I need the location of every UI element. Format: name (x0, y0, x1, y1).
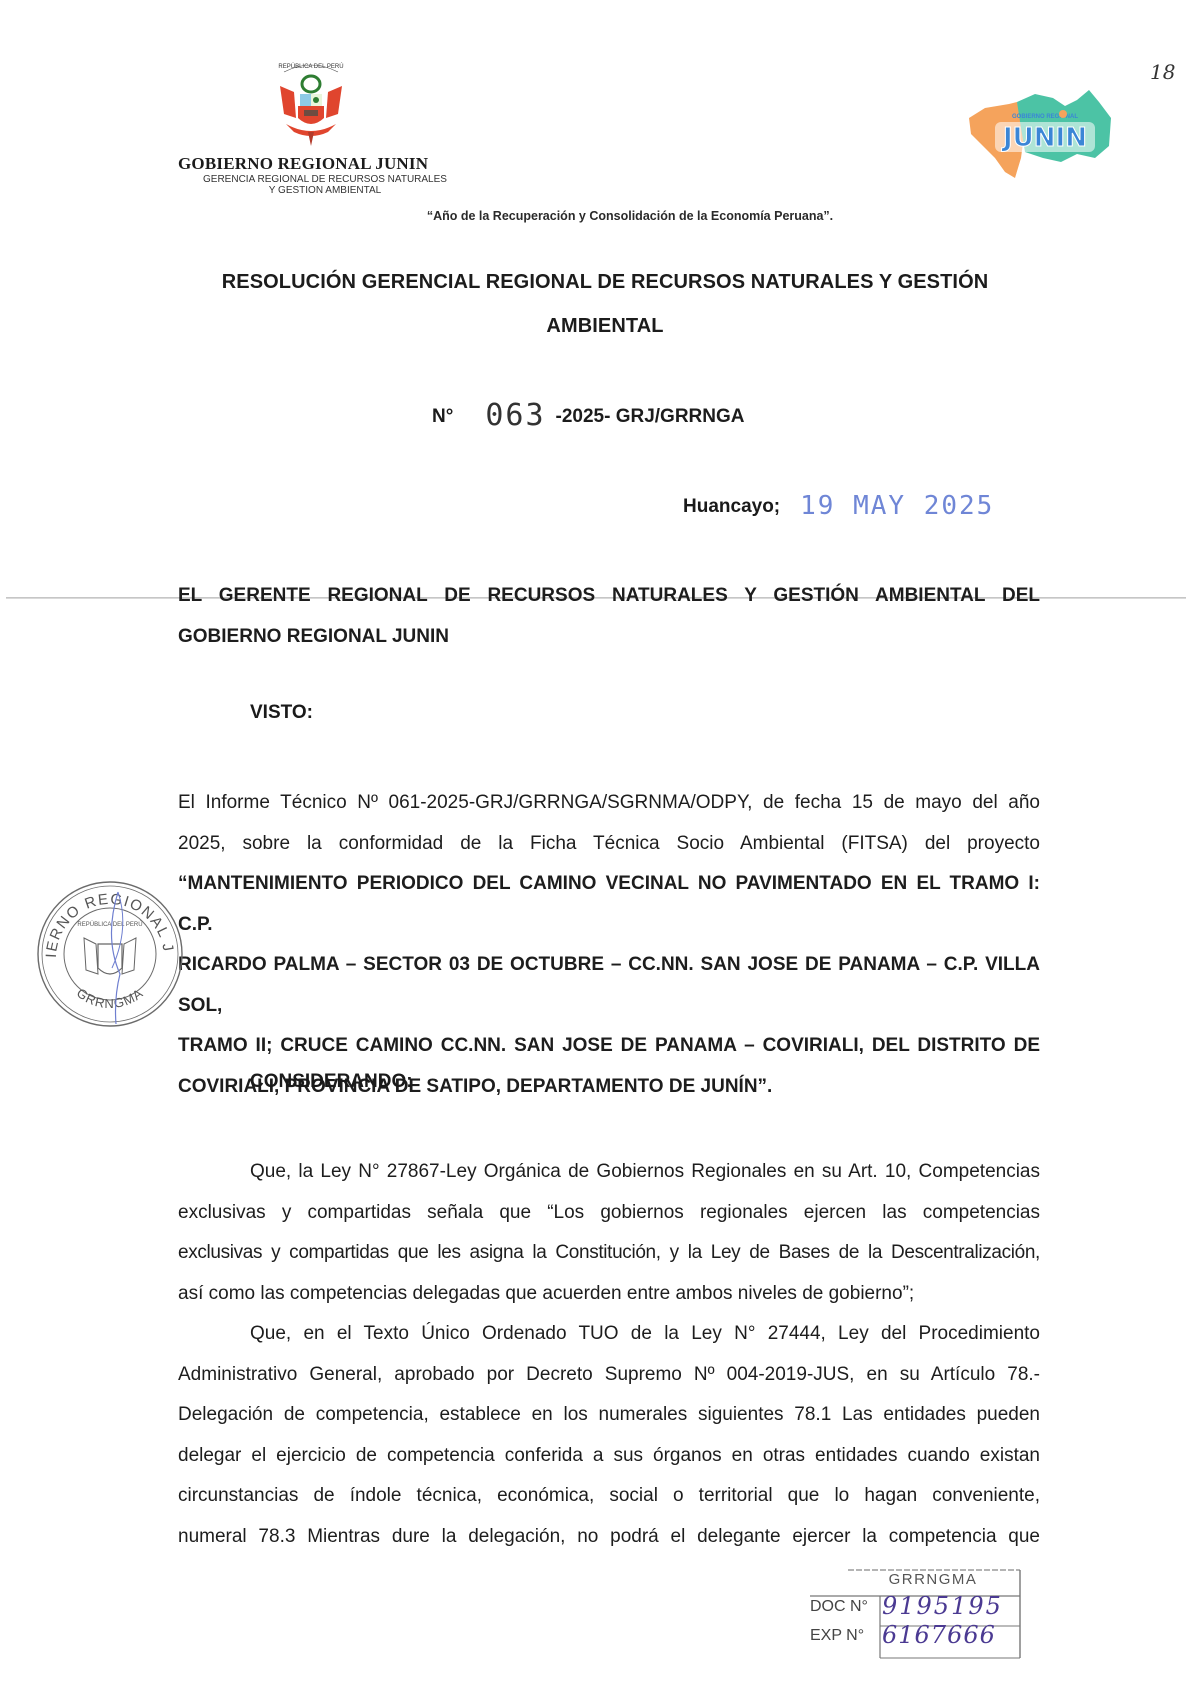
svg-text:GRRNGMA: GRRNGMA (74, 985, 146, 1011)
handwritten-folio-number: 18 (1150, 60, 1175, 84)
stamp-exp-number: 6167666 (882, 1621, 996, 1649)
stamp-title: GRRNGMA (848, 1571, 1018, 1588)
issuer-heading: EL GERENTE REGIONAL DE RECURSOS NATURALE… (178, 576, 1040, 657)
org-subtitle: GERENCIA REGIONAL DE RECURSOS NATURALES … (200, 174, 450, 196)
org-name: GOBIERNO REGIONAL JUNIN (178, 154, 428, 174)
resolution-number-value: 063 (485, 398, 545, 433)
place: Huancayo; (683, 496, 780, 517)
stamp-doc-label: DOC N° (810, 1598, 868, 1616)
considerando-paragraphs: Que, la Ley N° 27867-Ley Orgánica de Gob… (178, 1152, 1040, 1557)
resolution-title-line1: RESOLUCIÓN GERENCIAL REGIONAL DE RECURSO… (0, 271, 1190, 294)
resolution-title-line2: AMBIENTAL (0, 315, 1190, 338)
official-seal-icon: GOBIERNO REGIONAL JUNIN GRRNGMA REPÚBLIC… (34, 878, 186, 1030)
junin-region-logo: GOBIERNO REGIONAL JUNIN (965, 88, 1115, 180)
resolution-number: N°063-2025- GRJ/GRRNGA (432, 398, 745, 433)
peru-coat-of-arms-icon: REPÚBLICA DEL PERÚ (276, 58, 346, 148)
svg-text:JUNIN: JUNIN (1001, 123, 1087, 153)
date-stamp: 19 MAY 2025 (800, 491, 994, 521)
svg-text:REPÚBLICA DEL PERÚ: REPÚBLICA DEL PERÚ (77, 921, 142, 928)
stamp-doc-number: 9195195 (882, 1592, 1003, 1620)
visto-heading: VISTO: (250, 702, 313, 724)
visto-paragraph: El Informe Técnico Nº 061-2025-GRJ/GRRNG… (178, 783, 1040, 1107)
place-and-date: Huancayo;19 MAY 2025 (683, 491, 994, 521)
year-motto: “Año de la Recuperación y Consolidación … (0, 209, 1190, 223)
svg-text:REPÚBLICA DEL PERÚ: REPÚBLICA DEL PERÚ (278, 63, 343, 70)
svg-text:GOBIERNO REGIONAL: GOBIERNO REGIONAL (1012, 114, 1078, 120)
stamp-exp-label: EXP N° (810, 1627, 864, 1645)
considerando-heading: CONSIDERANDO: (250, 1071, 413, 1093)
